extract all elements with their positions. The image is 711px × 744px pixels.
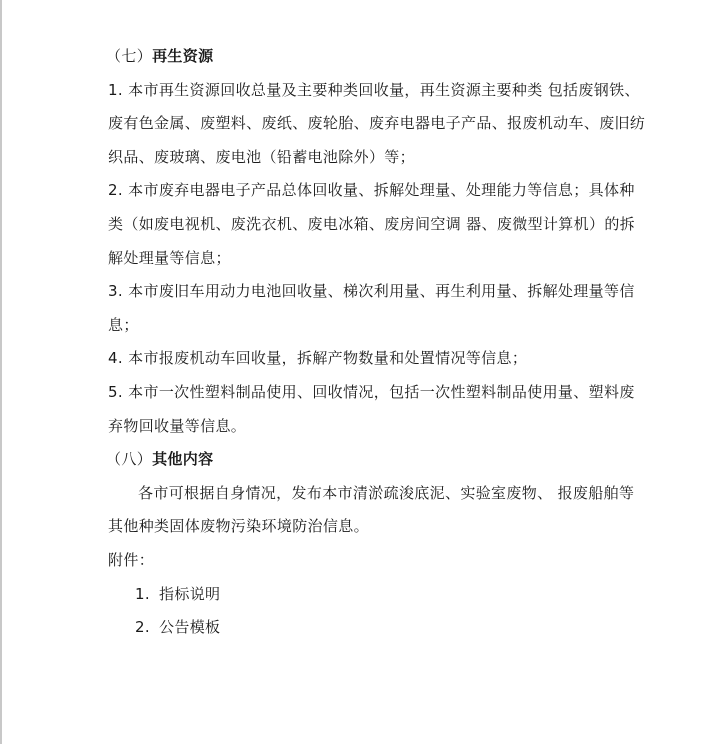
attachment-title: 公告模板	[159, 618, 220, 636]
paragraph-line: 解处理量等信息；	[108, 242, 608, 276]
paragraph-line: 废有色金属、废塑料、废纸、废轮胎、废弃电器电子产品、报废机动车、废旧纺	[108, 107, 608, 141]
section-7-number: （七）	[106, 47, 152, 65]
section-7-item-1: 1. 本市再生资源回收总量及主要种类回收量，再生资源主要种类 包括废钢铁、 废有…	[108, 74, 608, 175]
paragraph-line: 息；	[108, 309, 608, 343]
attachment-number: 1.	[135, 578, 159, 612]
section-7-item-5: 5. 本市一次性塑料制品使用、回收情况，包括一次性塑料制品使用量、塑料废 弃物回…	[108, 376, 608, 443]
section-7-item-3: 3. 本市废旧车用动力电池回收量、梯次利用量、再生利用量、拆解处理量等信 息；	[108, 275, 608, 342]
paragraph-line: 2. 本市废弃电器电子产品总体回收量、拆解处理量、处理能力等信息；具体种	[108, 174, 608, 208]
section-8-paragraph: 各市可根据自身情况，发布本市清淤疏浚底泥、实验室废物、 报废船舶等 其他种类固体…	[108, 477, 608, 544]
paragraph-line: 5. 本市一次性塑料制品使用、回收情况，包括一次性塑料制品使用量、塑料废	[108, 376, 608, 410]
section-7-item-2: 2. 本市废弃电器电子产品总体回收量、拆解处理量、处理能力等信息；具体种 类（如…	[108, 174, 608, 275]
attachment-item: 2.公告模板	[108, 611, 608, 645]
paragraph-line: 1. 本市再生资源回收总量及主要种类回收量，再生资源主要种类 包括废钢铁、	[108, 74, 608, 108]
section-7-item-4: 4. 本市报废机动车回收量，拆解产物数量和处置情况等信息；	[108, 342, 608, 376]
paragraph-line: 弃物回收量等信息。	[108, 410, 608, 444]
section-8-title: 其他内容	[152, 450, 213, 468]
paragraph-line: 其他种类固体废物污染环境防治信息。	[108, 510, 608, 544]
section-7-title: 再生资源	[152, 47, 213, 65]
document-page: （七）再生资源 1. 本市再生资源回收总量及主要种类回收量，再生资源主要种类 包…	[108, 40, 608, 645]
attachment-item: 1.指标说明	[108, 578, 608, 612]
paragraph-line: 织品、废玻璃、废电池（铅蓄电池除外）等；	[108, 141, 608, 175]
section-8-number: （八）	[106, 450, 152, 468]
attachments-label: 附件：	[108, 544, 608, 578]
paragraph-line: 类（如废电视机、废洗衣机、废电冰箱、废房间空调 器、废微型计算机）的拆	[108, 208, 608, 242]
page-left-border	[0, 0, 2, 744]
paragraph-line: 3. 本市废旧车用动力电池回收量、梯次利用量、再生利用量、拆解处理量等信	[108, 275, 608, 309]
attachment-number: 2.	[135, 611, 159, 645]
paragraph-line: 4. 本市报废机动车回收量，拆解产物数量和处置情况等信息；	[108, 342, 608, 376]
section-7-heading: （七）再生资源	[106, 40, 608, 74]
section-8-heading: （八）其他内容	[106, 443, 608, 477]
paragraph-line: 各市可根据自身情况，发布本市清淤疏浚底泥、实验室废物、 报废船舶等	[108, 477, 608, 511]
attachment-title: 指标说明	[159, 585, 220, 603]
